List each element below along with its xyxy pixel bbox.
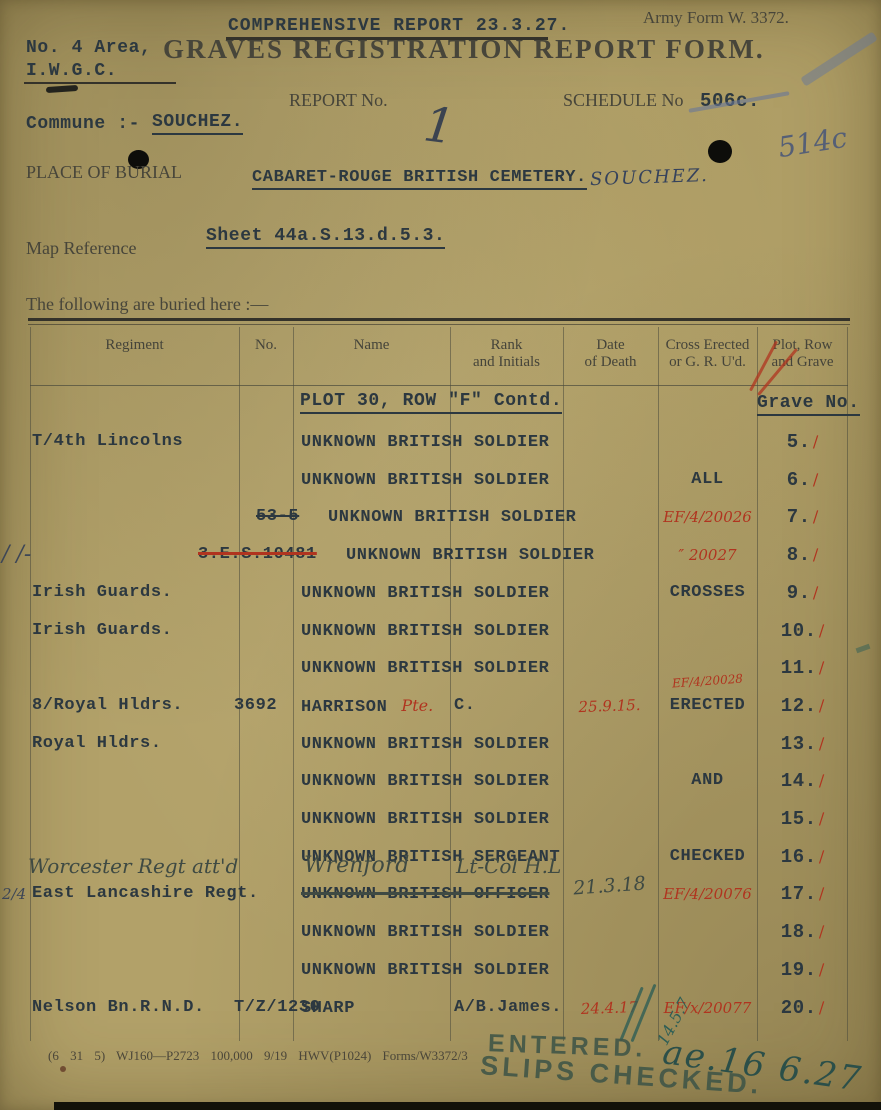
name-text: UNKNOWN BRITISH SOLDIER <box>301 772 549 791</box>
commune-value: SOUCHEZ. <box>152 112 243 135</box>
name-text: UNKNOWN BRITISH SOLDIER <box>301 584 549 603</box>
header-bottom-rule <box>30 385 848 386</box>
red-tick-icon: ∕ <box>819 771 824 790</box>
name-text: HARRISON <box>301 698 387 717</box>
rank-handwritten: Lt-Col H.L <box>456 855 561 877</box>
grave-number: 14. <box>781 770 817 792</box>
table-row: UNKNOWN BRITISH SOLDIER15.∕ <box>30 800 848 838</box>
number-cell: 53-5 <box>256 498 299 536</box>
col-header-name: Name <box>293 337 450 354</box>
name-text: UNKNOWN BRITISH SOLDIER <box>301 433 549 452</box>
grave-number: 8. <box>787 544 811 566</box>
table-row: UNKNOWN BRITISH SOLDIER19.∕ <box>30 951 848 989</box>
red-tick-icon: ∕ <box>819 884 824 903</box>
name-text: UNKNOWN BRITISH OFFICER <box>301 885 549 904</box>
grave-number: 7. <box>787 506 811 528</box>
green-edge-mark <box>856 644 871 653</box>
margin-annotation: 2/4 <box>2 875 26 913</box>
grave-number: 11. <box>781 657 817 679</box>
red-tick-icon: ∕ <box>819 960 824 979</box>
schedule-no-label: SCHEDULE No <box>563 90 684 111</box>
grave-cell: 6.∕ <box>757 461 848 500</box>
printer-imprint: (6 31 5) WJ160—P2723 100,000 9/19 HWV(P1… <box>48 1048 468 1064</box>
table-row: Nelson Bn.R.N.D.T/Z/1230SHARPA/B.James.2… <box>30 989 848 1027</box>
table-row: 53-5UNKNOWN BRITISH SOLDIEREF/4/200267.∕ <box>30 498 848 536</box>
cross-cell: AND <box>658 762 757 800</box>
grave-cell: 17.∕ <box>757 875 848 914</box>
col-header-date: Date of Death <box>563 337 658 371</box>
grave-cell: 12.∕ <box>757 687 848 726</box>
grave-number: 19. <box>781 959 817 981</box>
date-handwritten-red: 24.4.17 <box>562 987 656 1028</box>
grave-number: 20. <box>781 997 817 1019</box>
name-cell: UNKNOWN BRITISH OFFICER <box>301 875 549 914</box>
red-tick-icon: ∕ <box>813 470 818 489</box>
name-cell: UNKNOWN BRITISH SOLDIER <box>301 461 549 500</box>
table-row: Irish Guards.UNKNOWN BRITISH SOLDIER10.∕ <box>30 612 848 650</box>
place-of-burial-value: CABARET-ROUGE BRITISH CEMETERY. <box>252 168 587 190</box>
commune-label: Commune :- <box>26 114 140 134</box>
name-cell: UNKNOWN BRITISH SOLDIER <box>301 649 549 688</box>
col-header-rank: Rank and Initials <box>450 337 563 371</box>
name-cell: UNKNOWN BRITISH SOLDIER <box>301 762 549 801</box>
grave-no-subheader: Grave No. <box>757 393 848 413</box>
date-handwritten-red: 25.9.15. <box>562 685 656 726</box>
schedule-no-handwritten: 514c <box>776 121 849 164</box>
name-cell: UNKNOWN BRITISH SOLDIER <box>301 423 549 462</box>
grave-no-text: Grave No. <box>757 393 860 416</box>
regiment-cell: Irish Guards. <box>32 612 172 650</box>
grave-number: 18. <box>781 921 817 943</box>
place-of-burial-label: PLACE OF BURIAL <box>26 162 182 183</box>
pencil-corner-mark <box>800 31 878 86</box>
red-tick-icon: ∕ <box>813 545 818 564</box>
grave-number: 16. <box>781 846 817 868</box>
name-cell: UNKNOWN BRITISH SOLDIER <box>346 536 594 575</box>
grave-cell: 20.∕ <box>757 989 848 1028</box>
col-header-regiment: Regiment <box>30 337 239 354</box>
cross-handwritten-red: EF/4/20026 <box>658 498 757 536</box>
table-top-rule <box>28 318 850 321</box>
map-reference-value: Sheet 44a.S.13.d.5.3. <box>206 226 445 249</box>
name-cell: UNKNOWN BRITISH SOLDIER <box>301 612 549 651</box>
grave-cell: 16.∕ <box>757 838 848 877</box>
name-cell: HARRISONPte. <box>301 687 433 727</box>
table-row: UNKNOWN BRITISH SOLDIER18.∕ <box>30 913 848 951</box>
grave-number: 9. <box>787 582 811 604</box>
name-text: UNKNOWN BRITISH SOLDIER <box>301 810 549 829</box>
grave-cell: 13.∕ <box>757 725 848 764</box>
name-handwritten: Wrenford <box>304 855 409 877</box>
red-tick-icon: ∕ <box>813 432 818 451</box>
grave-cell: 11.∕ <box>757 649 848 688</box>
map-reference-label: Map Reference <box>26 238 136 259</box>
grave-number: 10. <box>781 620 817 642</box>
regiment-cell: Irish Guards. <box>32 574 172 612</box>
buried-here-line: The following are buried here :— <box>26 294 268 315</box>
table-row: 2/4Worcester Regt att'dEast Lancashire R… <box>30 875 848 913</box>
ink-blot-right <box>708 140 732 163</box>
grave-cell: 14.∕ <box>757 762 848 801</box>
grave-number: 12. <box>781 695 817 717</box>
red-tick-icon: ∕ <box>819 658 824 677</box>
table-row: 8/Royal Hldrs.3692HARRISONPte.C.25.9.15.… <box>30 687 848 725</box>
table-row: UNKNOWN BRITISH SOLDIERAND14.∕ <box>30 762 848 800</box>
margin-annotation: / /- <box>2 536 31 574</box>
number-cell: 3692 <box>234 687 277 725</box>
ink-speck <box>60 1066 66 1072</box>
grave-cell: 10.∕ <box>757 612 848 651</box>
area-line-2: I.W.G.C. <box>26 61 117 81</box>
name-cell: UNKNOWN BRITISH SOLDIER <box>301 725 549 764</box>
table-top-rule-2 <box>28 324 850 325</box>
name-cell: UNKNOWN BRITISH SOLDIER <box>301 574 549 613</box>
red-tick-icon: ∕ <box>819 847 824 866</box>
red-tick-icon: ∕ <box>813 583 818 602</box>
rank-cell: C. <box>454 687 476 725</box>
grave-cell: 8.∕ <box>757 536 848 575</box>
name-text: UNKNOWN BRITISH SOLDIER <box>301 659 549 678</box>
cross-cell: ALL <box>658 461 757 499</box>
name-text: UNKNOWN BRITISH SOLDIER <box>301 735 549 754</box>
grave-cell: 19.∕ <box>757 951 848 990</box>
plot-row-subheader: PLOT 30, ROW "F" Contd. <box>300 391 562 414</box>
regiment-cell: East Lancashire Regt. <box>32 875 259 913</box>
regiment-cell: T/4th Lincolns <box>32 423 183 461</box>
name-cell: UNKNOWN BRITISH SOLDIER <box>301 951 549 990</box>
report-no-label: REPORT No. <box>289 90 388 111</box>
graves-table: Regiment No. Name Rank and Initials Date… <box>30 327 848 1041</box>
name-text: SHARP <box>301 999 355 1018</box>
name-text: UNKNOWN BRITISH SOLDIER <box>301 471 549 490</box>
grave-number: 5. <box>787 431 811 453</box>
regiment-cell: 8/Royal Hldrs. <box>32 687 183 725</box>
regiment-handwritten: Worcester Regt att'd <box>28 855 238 877</box>
table-row: Royal Hldrs.UNKNOWN BRITISH SOLDIER13.∕ <box>30 725 848 763</box>
grave-number: 15. <box>781 808 817 830</box>
cross-handwritten-red: EF/4/20076 <box>658 875 757 913</box>
place-of-burial-handwritten: SOUCHEZ. <box>590 165 709 190</box>
grave-cell: 18.∕ <box>757 913 848 952</box>
rank-cell: A/B.James. <box>454 989 562 1027</box>
red-tick-icon: ∕ <box>819 621 824 640</box>
name-cell: UNKNOWN BRITISH SOLDIER <box>301 800 549 839</box>
graves-registration-form-scan: COMPREHENSIVE REPORT 23.3.27. Army Form … <box>0 0 881 1110</box>
page-title: GRAVES REGISTRATION REPORT FORM. <box>163 34 765 65</box>
red-tick-icon: ∕ <box>819 922 824 941</box>
iwgc-underline <box>24 82 176 84</box>
name-text: UNKNOWN BRITISH SOLDIER <box>301 923 549 942</box>
table-row: T/4th LincolnsUNKNOWN BRITISH SOLDIER5.∕ <box>30 423 848 461</box>
grave-number: 13. <box>781 733 817 755</box>
regiment-cell: Nelson Bn.R.N.D. <box>32 989 205 1027</box>
pen-dash-mark <box>46 85 78 93</box>
army-form-number: Army Form W. 3372. <box>643 8 789 28</box>
table-row: UNKNOWN BRITISH SOLDIERALL6.∕ <box>30 461 848 499</box>
grave-number: 6. <box>787 469 811 491</box>
name-cell: UNKNOWN BRITISH SOLDIER <box>328 498 576 537</box>
red-tick-icon: ∕ <box>819 998 824 1017</box>
rank-handwritten-red: Pte. <box>401 696 433 715</box>
grave-cell: 9.∕ <box>757 574 848 613</box>
table-row: Irish Guards.UNKNOWN BRITISH SOLDIERCROS… <box>30 574 848 612</box>
area-line-1: No. 4 Area, <box>26 38 151 58</box>
name-text: UNKNOWN BRITISH SOLDIER <box>346 546 594 565</box>
name-text: UNKNOWN BRITISH SOLDIER <box>301 961 549 980</box>
name-text: UNKNOWN BRITISH SOLDIER <box>301 622 549 641</box>
cross-cell: ERECTED <box>658 687 757 725</box>
col-header-cross: Cross Erected or G. R. U'd. <box>658 337 757 371</box>
cross-handwritten-red: ″ 20027 <box>658 536 757 574</box>
cross-cell: CROSSES <box>658 574 757 612</box>
grave-number: 17. <box>781 883 817 905</box>
name-cell: SHARP <box>301 989 355 1028</box>
regiment-cell: Royal Hldrs. <box>32 725 162 763</box>
name-text: UNKNOWN BRITISH SOLDIER <box>328 508 576 527</box>
number-cell: 3.E.S.10481 <box>198 536 317 574</box>
name-cell: UNKNOWN BRITISH SOLDIER <box>301 913 549 952</box>
date-handwritten: 21.3.18 <box>562 864 657 908</box>
red-tick-icon: ∕ <box>813 507 818 526</box>
red-tick-icon: ∕ <box>819 734 824 753</box>
red-tick-icon: ∕ <box>819 809 824 828</box>
grave-cell: 5.∕ <box>757 423 848 462</box>
comprehensive-report-line: COMPREHENSIVE REPORT 23.3.27. <box>228 16 570 36</box>
red-tick-icon: ∕ <box>819 696 824 715</box>
report-no-handwritten: 1 <box>421 96 458 155</box>
grave-cell: 15.∕ <box>757 800 848 839</box>
col-header-no: No. <box>239 337 293 354</box>
cross-cell: CHECKED <box>658 838 757 876</box>
table-row: / /-3.E.S.10481UNKNOWN BRITISH SOLDIER″ … <box>30 536 848 574</box>
scan-edge-bar <box>54 1102 881 1110</box>
grave-cell: 7.∕ <box>757 498 848 537</box>
